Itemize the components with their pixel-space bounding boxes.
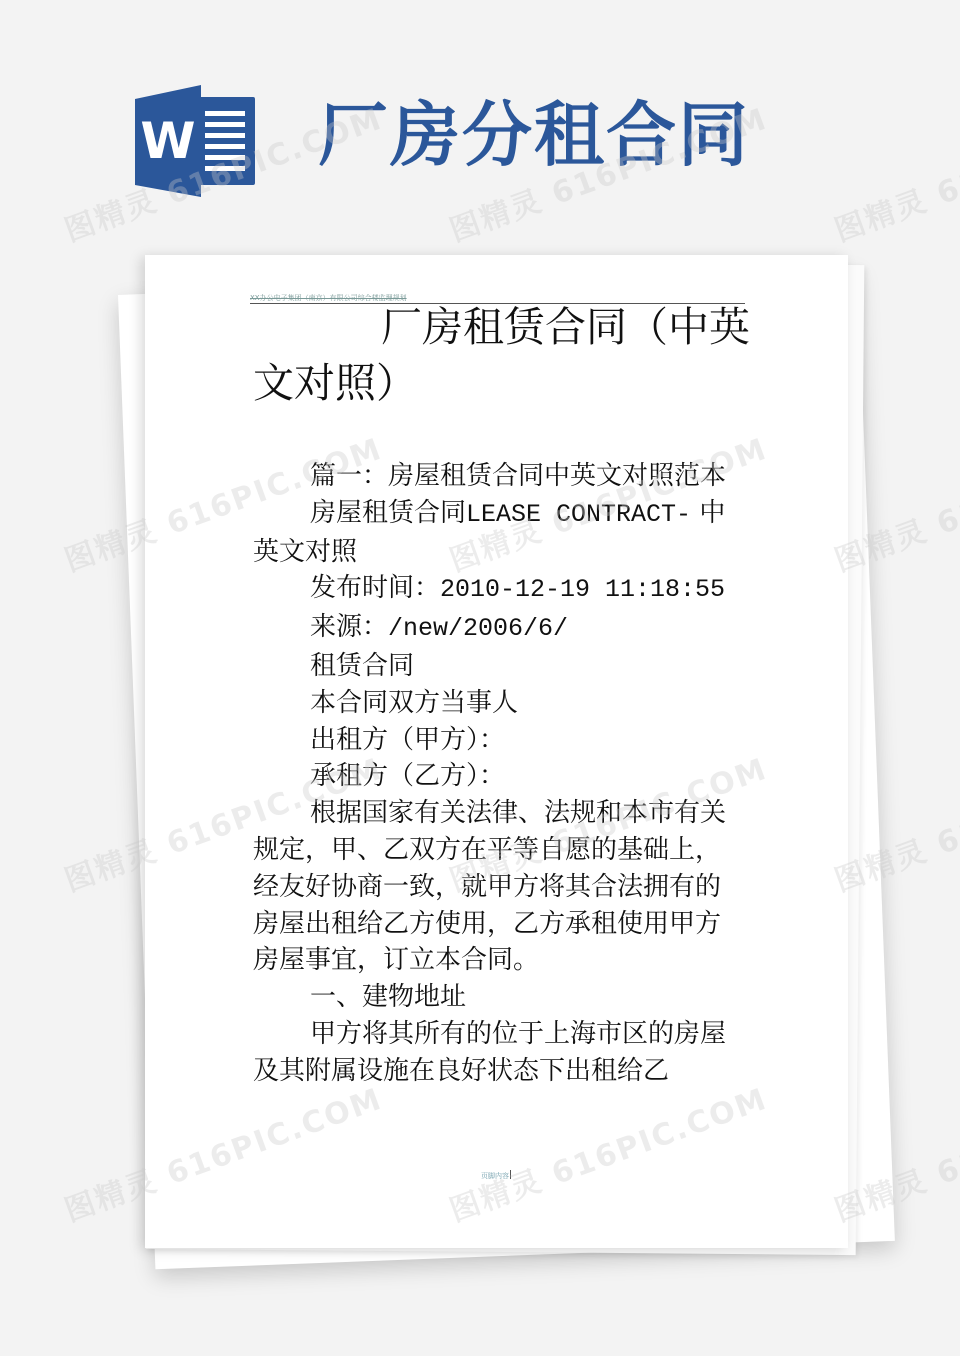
source-label: 来源：	[310, 612, 388, 642]
publish-label: 发布时间：	[310, 573, 440, 603]
document-body: 篇一：房屋租赁合同中英文对照范本 房屋租赁合同LEASE CONTRACT- 中…	[253, 458, 743, 1090]
paragraph: 篇一：房屋租赁合同中英文对照范本	[253, 458, 743, 495]
watermark: 图精灵 616PIC.COM	[828, 94, 960, 250]
page-footer: 页脚内容	[481, 1170, 511, 1181]
banner-title: 厂房分租合同	[318, 92, 750, 178]
title-line-1: 厂房租赁合同（中英	[253, 299, 748, 355]
paragraph: 房屋租赁合同LEASE CONTRACT- 中英文对照	[253, 495, 743, 571]
section-heading: 一、建物地址	[253, 979, 743, 1016]
paragraph: 根据国家有关法律、法规和本市有关规定，甲、乙双方在平等自愿的基础上，经友好协商一…	[253, 795, 743, 979]
paragraph: 发布时间：2010-12-19 11:18:55	[253, 570, 743, 609]
svg-text:W: W	[140, 112, 195, 170]
paragraph: 出租方（甲方）：	[253, 722, 743, 759]
paragraph: 租赁合同	[253, 648, 743, 685]
word-document-icon: W	[135, 85, 257, 197]
paragraph: 来源：/new/2006/6/	[253, 609, 743, 648]
paragraph: 甲方将其所有的位于上海市区的房屋及其附属设施在良好状态下出租给乙	[253, 1016, 743, 1090]
source-value: /new/2006/6/	[388, 614, 568, 643]
text-en: LEASE CONTRACT-	[466, 500, 691, 529]
document-title: 厂房租赁合同（中英 文对照）	[253, 299, 748, 411]
paragraph: 本合同双方当事人	[253, 685, 743, 722]
document-page: XX办公电子集团（南京）有限公司综合楼监理规划 厂房租赁合同（中英 文对照） 篇…	[145, 255, 848, 1248]
publish-time: 2010-12-19 11:18:55	[440, 575, 725, 604]
paragraph: 承租方（乙方）：	[253, 758, 743, 795]
text-cn: 房屋租赁合同	[310, 498, 466, 528]
title-line-2: 文对照）	[253, 355, 748, 411]
